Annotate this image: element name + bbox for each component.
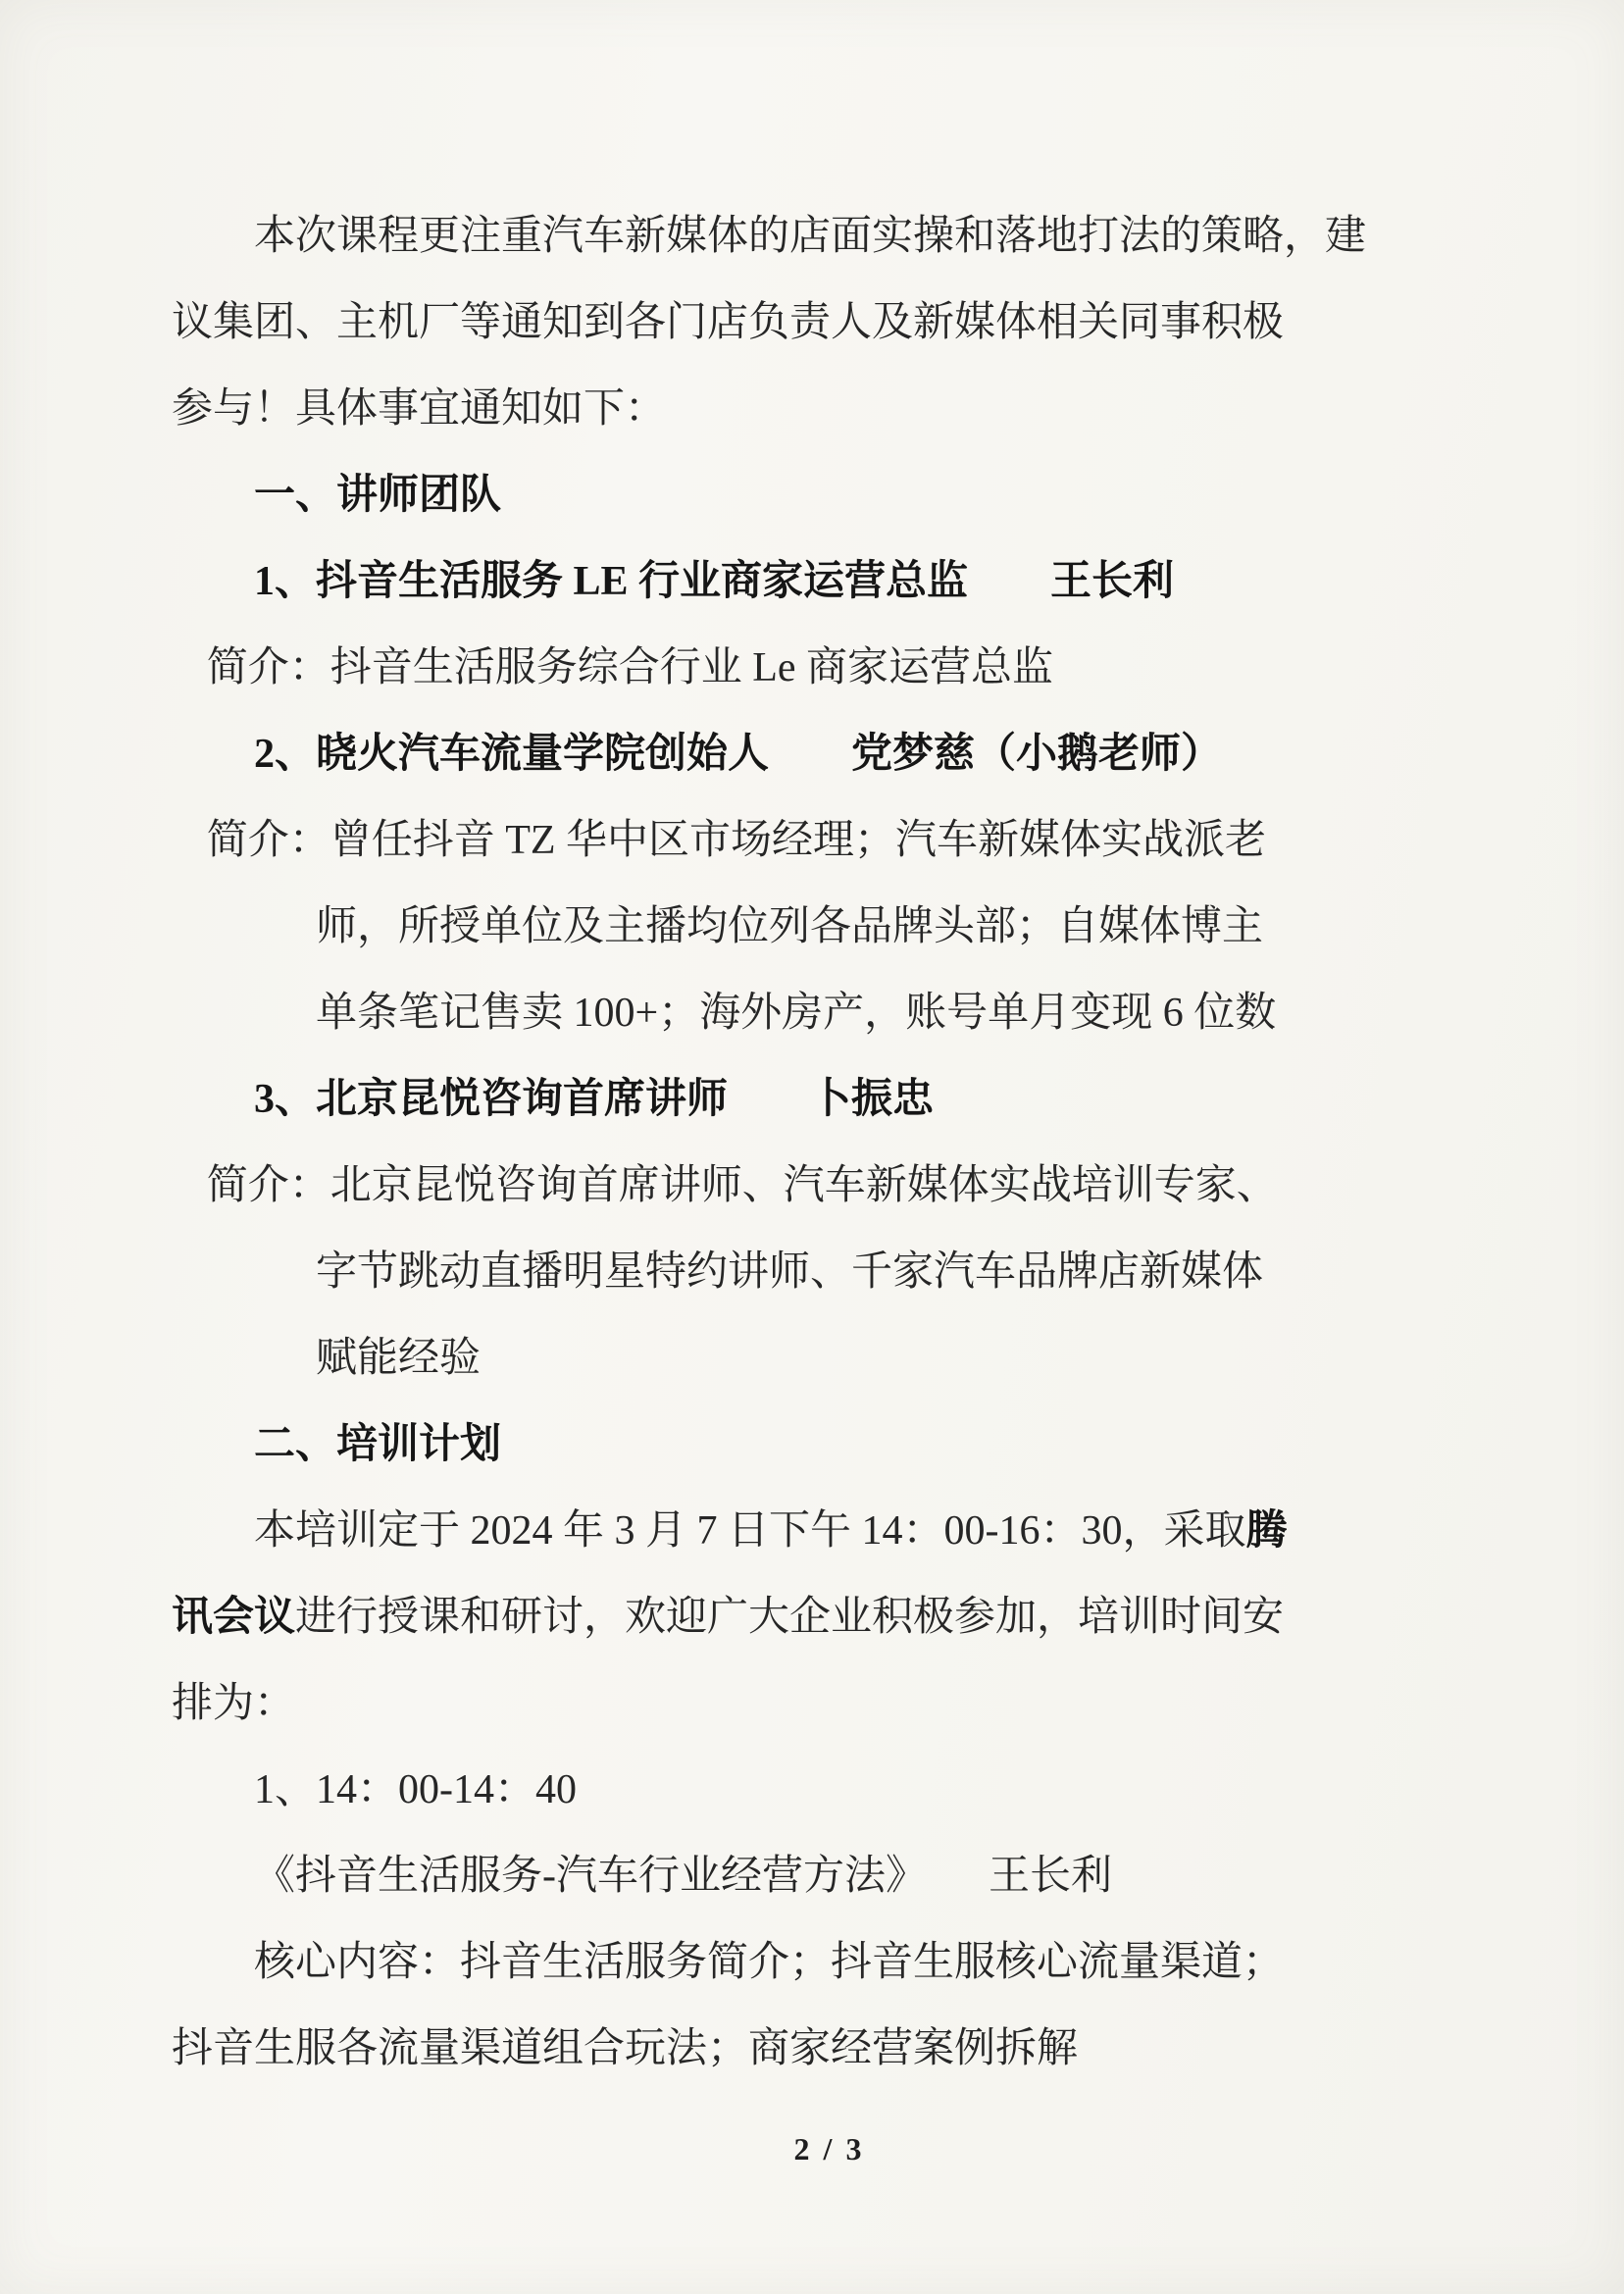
intro-line-1: 本次课程更注重汽车新媒体的店面实操和落地打法的策略，建	[254, 193, 1487, 280]
training-intro-line-1: 本培训定于 2024 年 3 月 7 日下午 14：00-16：30，采取腾	[254, 1488, 1487, 1574]
lecturer-1-title: 1、抖音生活服务 LE 行业商家运营总监 王长利	[254, 538, 1487, 625]
session-1-title: 《抖音生活服务-汽车行业经营方法》 王长利	[254, 1833, 1487, 1919]
lecturer-2-bio-line-1: 简介：曾任抖音 TZ 华中区市场经理；汽车新媒体实战派老	[207, 797, 1487, 884]
section-heading-lecturer-team: 一、讲师团队	[254, 452, 1487, 538]
lecturer-3-bio-line-3: 赋能经验	[316, 1315, 1487, 1402]
lecturer-3-bio-line-2: 字节跳动直播明星特约讲师、千家汽车品牌店新媒体	[316, 1229, 1487, 1315]
lecturer-3-title: 3、北京昆悦咨询首席讲师 卜振忠	[254, 1056, 1487, 1143]
page-number: 2 / 3	[172, 2129, 1487, 2168]
scanned-document-page: 本次课程更注重汽车新媒体的店面实操和落地打法的策略，建 议集团、主机厂等通知到各…	[0, 0, 1624, 2294]
document-body: 本次课程更注重汽车新媒体的店面实操和落地打法的策略，建 议集团、主机厂等通知到各…	[0, 0, 1624, 2168]
training-intro-line-1-text: 本培训定于 2024 年 3 月 7 日下午 14：00-16：30，采取	[254, 1508, 1246, 1554]
training-intro-line-2-text: 进行授课和研讨，欢迎广大企业积极参加，培训时间安	[295, 1595, 1284, 1640]
lecturer-1-bio: 简介：抖音生活服务综合行业 Le 商家运营总监	[207, 625, 1487, 711]
intro-line-2: 议集团、主机厂等通知到各门店负责人及新媒体相关同事积极	[172, 280, 1487, 366]
training-intro-line-2: 讯会议进行授课和研讨，欢迎广大企业积极参加，培训时间安	[172, 1574, 1487, 1660]
session-1-core-line-1: 核心内容：抖音生活服务简介；抖音生服核心流量渠道；	[254, 1919, 1487, 2006]
lecturer-2-title: 2、晓火汽车流量学院创始人 党梦慈（小鹅老师）	[254, 711, 1487, 797]
session-1-core-line-2: 抖音生服各流量渠道组合玩法；商家经营案例拆解	[172, 2006, 1487, 2092]
lecturer-2-bio-line-2: 师，所授单位及主播均位列各品牌头部；自媒体博主	[316, 884, 1487, 970]
lecturer-3-bio-line-1: 简介：北京昆悦咨询首席讲师、汽车新媒体实战培训专家、	[207, 1143, 1487, 1229]
tencent-bold-char: 腾	[1246, 1508, 1288, 1554]
training-intro-line-3: 排为：	[172, 1660, 1487, 1747]
section-heading-training-plan: 二、培训计划	[254, 1402, 1487, 1488]
session-1-time: 1、14：00-14：40	[254, 1747, 1487, 1833]
intro-line-3: 参与！具体事宜通知如下：	[172, 366, 1487, 452]
lecturer-2-bio-line-3: 单条笔记售卖 100+；海外房产，账号单月变现 6 位数	[316, 970, 1487, 1056]
meeting-bold-chars: 讯会议	[172, 1595, 295, 1640]
